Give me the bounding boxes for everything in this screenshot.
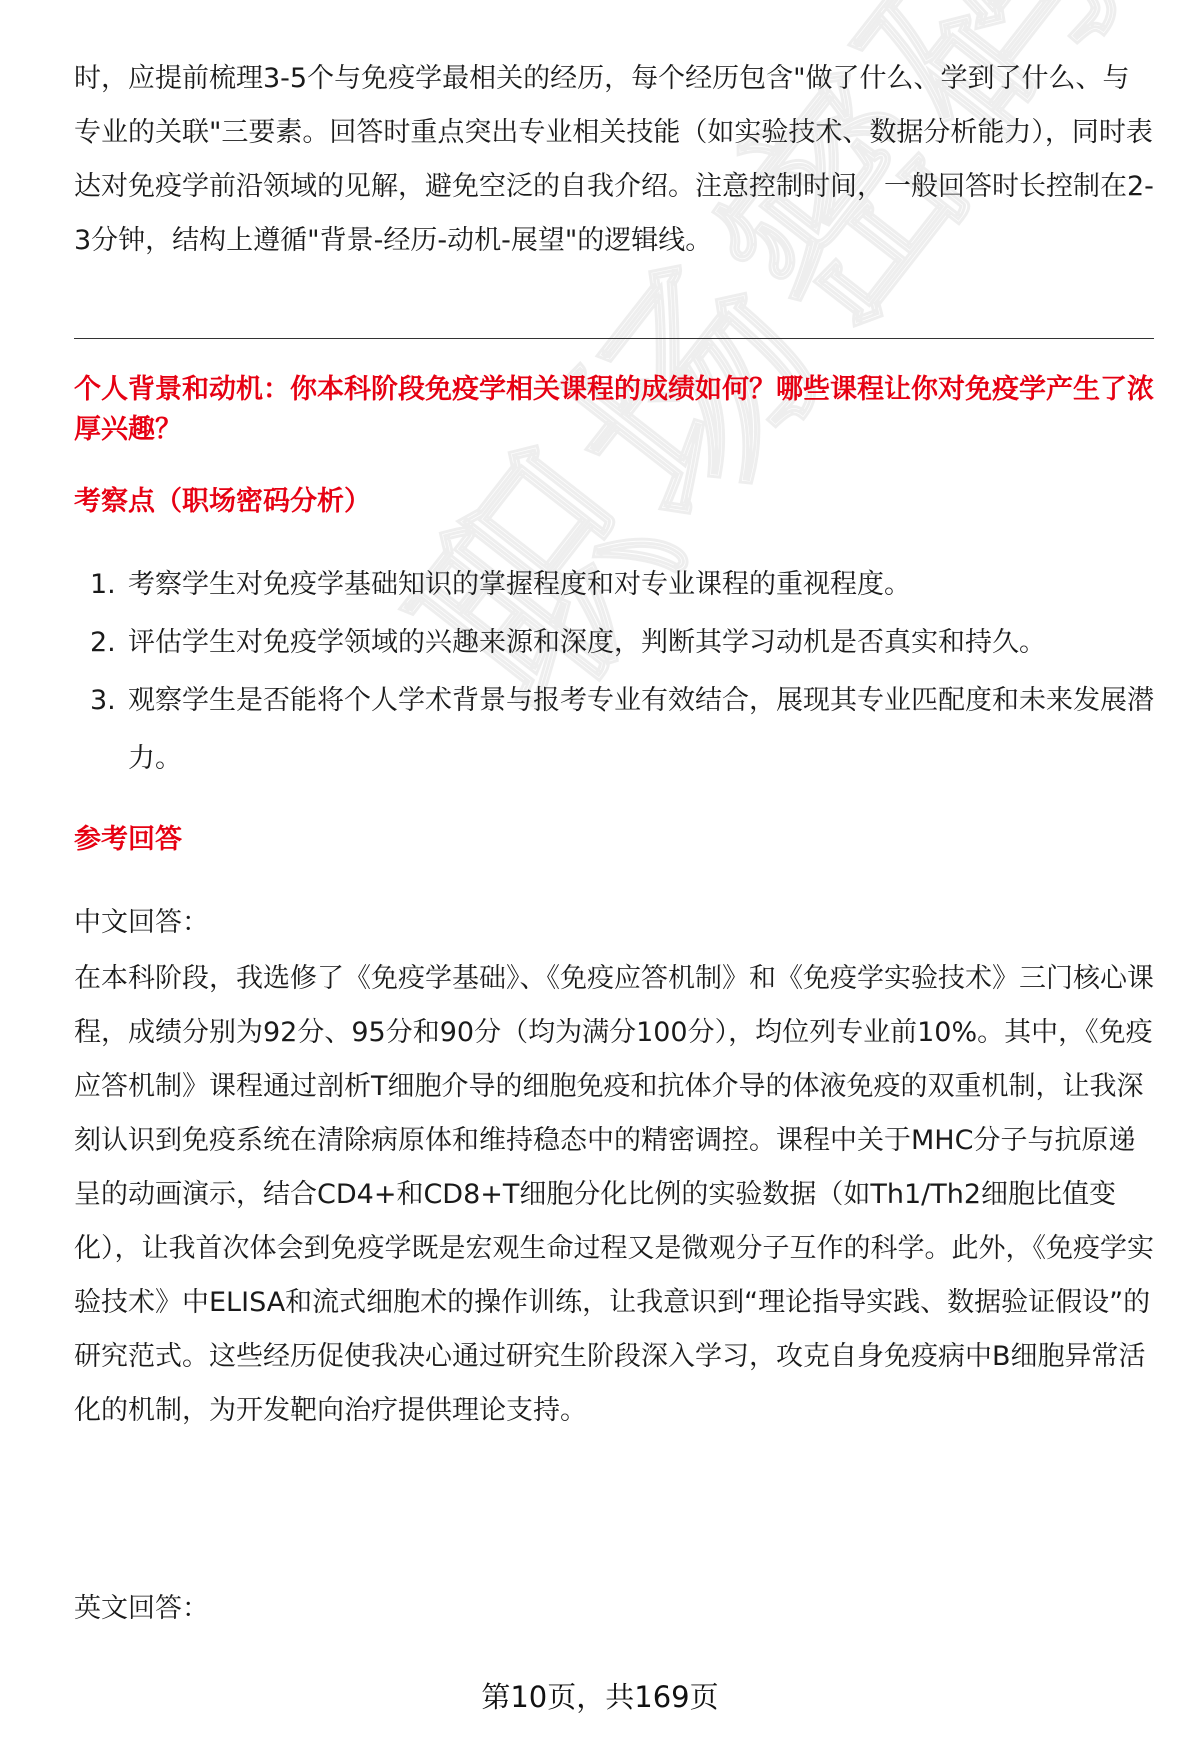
list-item-text: 观察学生是否能将个人学术背景与报考专业有效结合，展现其专业匹配度和未来发展潜力。: [128, 685, 1154, 774]
list-item: 3. 观察学生是否能将个人学术背景与报考专业有效结合，展现其专业匹配度和未来发展…: [74, 672, 1154, 788]
list-number: 2.: [90, 614, 116, 672]
list-item-text: 考察学生对免疫学基础知识的掌握程度和对专业课程的重视程度。: [128, 569, 911, 600]
chinese-answer-paragraph: 在本科阶段，我选修了《免疫学基础》、《免疫应答机制》和《免疫学实验技术》三门核心…: [74, 952, 1154, 1438]
english-answer-label: 英文回答：: [74, 1582, 209, 1636]
assessment-points-list: 1. 考察学生对免疫学基础知识的掌握程度和对专业课程的重视程度。 2. 评估学生…: [74, 556, 1154, 788]
question-heading: 个人背景和动机：你本科阶段免疫学相关课程的成绩如何？哪些课程让你对免疫学产生了浓…: [74, 370, 1154, 450]
chinese-answer-label: 中文回答：: [74, 896, 209, 950]
list-number: 3.: [90, 672, 116, 730]
reference-answer-title: 参考回答: [74, 820, 182, 860]
list-number: 1.: [90, 556, 116, 614]
page-indicator: 第10页，共169页: [0, 1670, 1200, 1724]
list-item: 1. 考察学生对免疫学基础知识的掌握程度和对专业课程的重视程度。: [74, 556, 1154, 614]
list-item-text: 评估学生对免疫学领域的兴趣来源和深度，判断其学习动机是否真实和持久。: [128, 627, 1046, 658]
assessment-title: 考察点（职场密码分析）: [74, 482, 371, 522]
section-divider: [74, 338, 1154, 339]
list-item: 2. 评估学生对免疫学领域的兴趣来源和深度，判断其学习动机是否真实和持久。: [74, 614, 1154, 672]
intro-paragraph: 时，应提前梳理3-5个与免疫学最相关的经历，每个经历包含"做了什么、学到了什么、…: [74, 52, 1154, 268]
